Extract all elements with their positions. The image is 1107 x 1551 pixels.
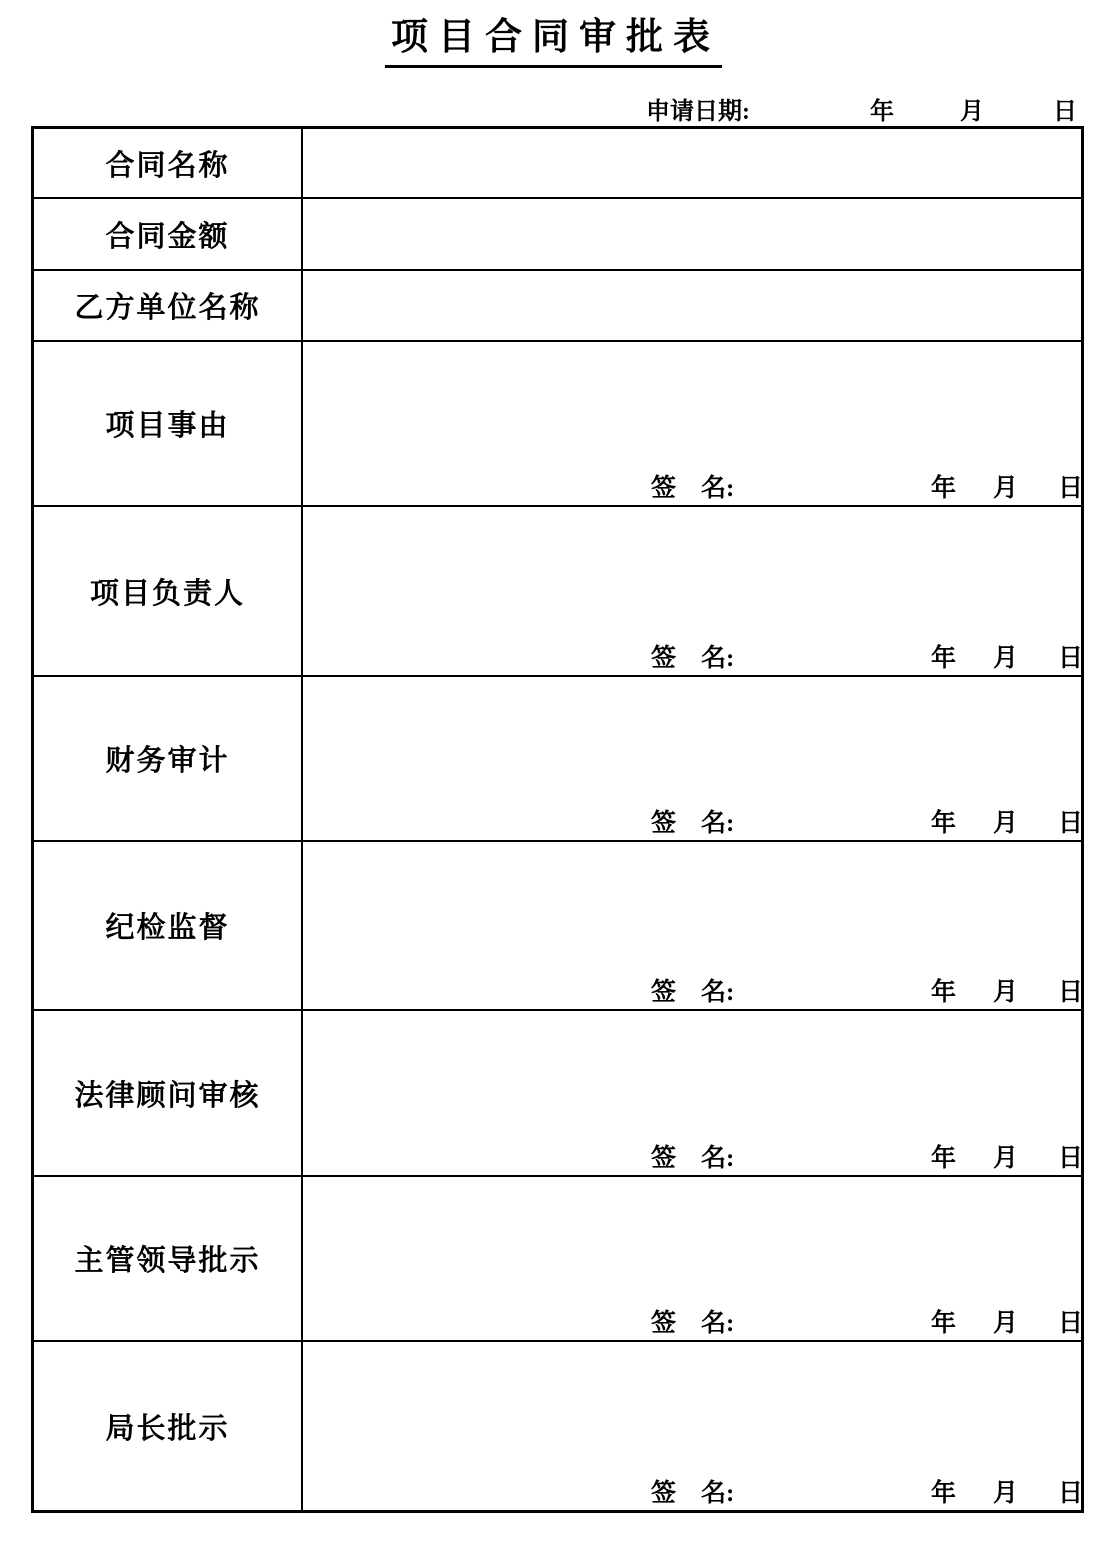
table-row-director-comments: 局长批示 签 名: 年 月 日	[34, 1342, 1081, 1510]
signature-name-label: 签 名:	[651, 803, 734, 839]
signature-line: 签 名: 年 月 日	[303, 975, 1081, 1008]
signature-line: 签 名: 年 月 日	[303, 1476, 1081, 1509]
application-date-day-label: 日	[1053, 91, 1077, 126]
row-label: 项目事由	[34, 342, 303, 505]
signature-line: 签 名: 年 月 日	[303, 806, 1081, 839]
contract-amount-fill-area[interactable]	[303, 199, 1081, 269]
signature-day-label: 日	[1058, 1303, 1083, 1339]
signature-name-label: 签 名:	[651, 972, 734, 1008]
application-date-year-label: 年	[870, 91, 894, 126]
signature-day-label: 日	[1058, 638, 1083, 674]
financial-audit-fill-area[interactable]: 签 名: 年 月 日	[303, 677, 1081, 840]
application-date-line: 申请日期: 年 月 日	[31, 91, 1084, 126]
signature-line: 签 名: 年 月 日	[303, 471, 1081, 504]
signature-line: 签 名: 年 月 日	[303, 641, 1081, 674]
application-date-month-label: 月	[960, 91, 984, 126]
signature-year-label: 年	[931, 1303, 956, 1339]
legal-advisor-review-fill-area[interactable]: 签 名: 年 月 日	[303, 1011, 1081, 1175]
row-label: 主管领导批示	[34, 1177, 303, 1340]
signature-name-label: 签 名:	[651, 1303, 734, 1339]
table-row-financial-audit: 财务审计 签 名: 年 月 日	[34, 677, 1081, 842]
party-b-name-fill-area[interactable]	[303, 271, 1081, 340]
row-label: 法律顾问审核	[34, 1011, 303, 1175]
signature-month-label: 月	[993, 972, 1018, 1008]
project-leader-fill-area[interactable]: 签 名: 年 月 日	[303, 507, 1081, 675]
row-label: 乙方单位名称	[34, 271, 303, 340]
row-label: 财务审计	[34, 677, 303, 840]
table-row-party-b-name: 乙方单位名称	[34, 271, 1081, 342]
table-row-contract-name: 合同名称	[34, 129, 1081, 199]
contract-name-fill-area[interactable]	[303, 129, 1081, 197]
signature-name-label: 签 名:	[651, 1138, 734, 1174]
table-row-discipline-inspection: 纪检监督 签 名: 年 月 日	[34, 842, 1081, 1011]
supervisor-leader-comments-fill-area[interactable]: 签 名: 年 月 日	[303, 1177, 1081, 1340]
row-label: 纪检监督	[34, 842, 303, 1009]
signature-year-label: 年	[931, 803, 956, 839]
signature-line: 签 名: 年 月 日	[303, 1306, 1081, 1339]
discipline-inspection-fill-area[interactable]: 签 名: 年 月 日	[303, 842, 1081, 1009]
signature-month-label: 月	[993, 1303, 1018, 1339]
signature-name-label: 签 名:	[651, 468, 734, 504]
signature-year-label: 年	[931, 638, 956, 674]
signature-year-label: 年	[931, 1473, 956, 1509]
table-row-contract-amount: 合同金额	[34, 199, 1081, 271]
row-label: 项目负责人	[34, 507, 303, 675]
row-label: 合同名称	[34, 129, 303, 197]
signature-year-label: 年	[931, 468, 956, 504]
signature-day-label: 日	[1058, 972, 1083, 1008]
signature-name-label: 签 名:	[651, 1473, 734, 1509]
application-date-label: 申请日期:	[646, 91, 750, 126]
approval-form-table: 合同名称 合同金额 乙方单位名称 项目事由 签 名: 年 月 日 项目负责人 签…	[31, 126, 1084, 1513]
signature-month-label: 月	[993, 803, 1018, 839]
signature-line: 签 名: 年 月 日	[303, 1141, 1081, 1174]
signature-year-label: 年	[931, 1138, 956, 1174]
signature-year-label: 年	[931, 972, 956, 1008]
table-row-legal-advisor-review: 法律顾问审核 签 名: 年 月 日	[34, 1011, 1081, 1177]
signature-day-label: 日	[1058, 1138, 1083, 1174]
signature-day-label: 日	[1058, 468, 1083, 504]
table-row-project-leader: 项目负责人 签 名: 年 月 日	[34, 507, 1081, 677]
director-comments-fill-area[interactable]: 签 名: 年 月 日	[303, 1342, 1081, 1510]
signature-month-label: 月	[993, 1473, 1018, 1509]
signature-day-label: 日	[1058, 1473, 1083, 1509]
table-row-supervisor-leader-comments: 主管领导批示 签 名: 年 月 日	[34, 1177, 1081, 1342]
title-bar: 项目合同审批表	[0, 14, 1107, 68]
page-title: 项目合同审批表	[385, 14, 722, 68]
table-row-project-reason: 项目事由 签 名: 年 月 日	[34, 342, 1081, 507]
signature-month-label: 月	[993, 468, 1018, 504]
signature-month-label: 月	[993, 638, 1018, 674]
project-reason-fill-area[interactable]: 签 名: 年 月 日	[303, 342, 1081, 505]
row-label: 局长批示	[34, 1342, 303, 1510]
signature-name-label: 签 名:	[651, 638, 734, 674]
row-label: 合同金额	[34, 199, 303, 269]
signature-day-label: 日	[1058, 803, 1083, 839]
signature-month-label: 月	[993, 1138, 1018, 1174]
